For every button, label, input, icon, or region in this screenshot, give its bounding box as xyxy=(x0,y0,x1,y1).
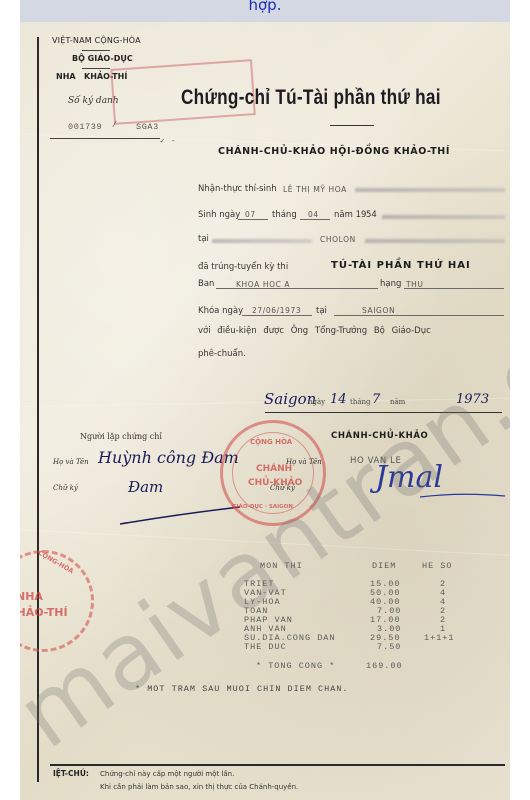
birth-year: 54 xyxy=(366,210,377,220)
birth-place: CHOLON xyxy=(320,235,356,244)
session-place: SAIGON xyxy=(362,306,395,315)
issuer-name-label: Họ và Tên xyxy=(53,458,89,466)
caption-bar: hợp. xyxy=(20,0,510,22)
department-prefix: NHA xyxy=(56,72,76,81)
birth-label-day: Sinh ngày xyxy=(198,210,240,220)
session-label: Khóa ngày xyxy=(198,306,243,316)
caption-text: hợp. xyxy=(249,0,282,14)
birth-label-month: tháng xyxy=(272,210,297,220)
title-underline xyxy=(330,125,374,126)
left-stamp-line2: KHẢO-THÍ xyxy=(20,606,68,619)
stamp-text-top: CỘNG HÒA xyxy=(250,438,292,446)
issuer-signature-label: Chữ ký xyxy=(53,484,78,492)
date-day: 14 xyxy=(330,392,347,407)
exam-name: TÚ-TÀI PHẦN THỨ HAI xyxy=(331,260,471,271)
stamp-text-line2: CHÁNH xyxy=(256,464,292,474)
footer-note-line1: Chứng-chỉ này cấp một người một lần. xyxy=(100,770,234,778)
footer-rule xyxy=(50,764,505,766)
issuer-title: Người lập chứng chỉ xyxy=(80,432,162,441)
fill-line xyxy=(334,315,504,316)
birth-day: 07 xyxy=(245,210,256,219)
grade-score: 7.50 xyxy=(377,643,401,652)
rank-value: THU xyxy=(406,280,424,289)
redacted-field xyxy=(382,215,505,219)
date-month: 7 xyxy=(372,392,380,407)
condition-text: với điều-kiện được Ông Tổng-Trưởng Bộ Gi… xyxy=(198,326,431,336)
candidate-label: Nhận-thực thí-sinh xyxy=(198,184,277,194)
fill-line xyxy=(300,219,330,220)
section-value: KHOA HOC A xyxy=(236,280,290,289)
redacted-field xyxy=(355,188,505,192)
certificate-title: Chứng-chỉ Tú-Tài phần thứ hai xyxy=(181,86,441,110)
fill-line xyxy=(238,219,268,220)
registration-label: Số ký danh xyxy=(68,96,119,106)
date-day-label: ngày xyxy=(308,398,325,406)
check-mark: ✓ - xyxy=(160,136,176,146)
divider xyxy=(82,68,110,69)
footer-note-line2: Khi cần phải làm bản sao, xin thị thực c… xyxy=(100,783,298,791)
divider xyxy=(50,138,160,139)
redacted-field xyxy=(365,239,505,243)
grade-subject: THE DUC xyxy=(244,643,287,652)
registration-code: SGA3 xyxy=(136,122,159,132)
birth-month: 04 xyxy=(308,210,319,219)
certificate-subtitle: CHÁNH-CHỦ-KHẢO HỘI-ĐỒNG KHẢO-THÍ xyxy=(218,146,450,157)
date-month-label: tháng xyxy=(350,398,370,406)
section-label: Ban xyxy=(198,279,214,289)
grades-header-score: DIEM xyxy=(372,562,396,571)
candidate-name: LÊ THỊ MỸ HOA xyxy=(283,185,347,194)
redacted-field xyxy=(212,239,312,243)
condition-text-2: phê-chuẩn. xyxy=(198,349,246,359)
birth-place-label: tại xyxy=(198,234,209,244)
fill-line xyxy=(242,315,312,316)
registration-number: 001739 xyxy=(68,122,102,132)
divider xyxy=(82,50,110,51)
left-stamp-line1: NHA xyxy=(20,590,43,603)
certificate-document: VIỆT-NAM CỘNG-HÒA BỘ GIÁO-DỤC NHA KHẢO-T… xyxy=(20,22,510,800)
footer-note-label: IỆT-CHÚ: xyxy=(53,769,89,778)
birth-label-year: năm 19 xyxy=(334,210,366,220)
total-label: * TONG CONG * xyxy=(256,662,335,671)
country-name: VIỆT-NAM CỘNG-HÒA xyxy=(52,36,141,45)
rank-label: hạng xyxy=(380,279,401,289)
passed-label: đã trúng-tuyển kỳ thi xyxy=(198,262,288,272)
grades-header-coefficient: HE SO xyxy=(422,562,453,571)
session-date: 27/06/1973 xyxy=(252,306,301,315)
grade-coefficient: 1+1+1 xyxy=(424,634,455,643)
session-place-label: tại xyxy=(316,306,327,316)
ministry-name: BỘ GIÁO-DỤC xyxy=(72,54,133,63)
total-value: 169.00 xyxy=(366,662,403,671)
